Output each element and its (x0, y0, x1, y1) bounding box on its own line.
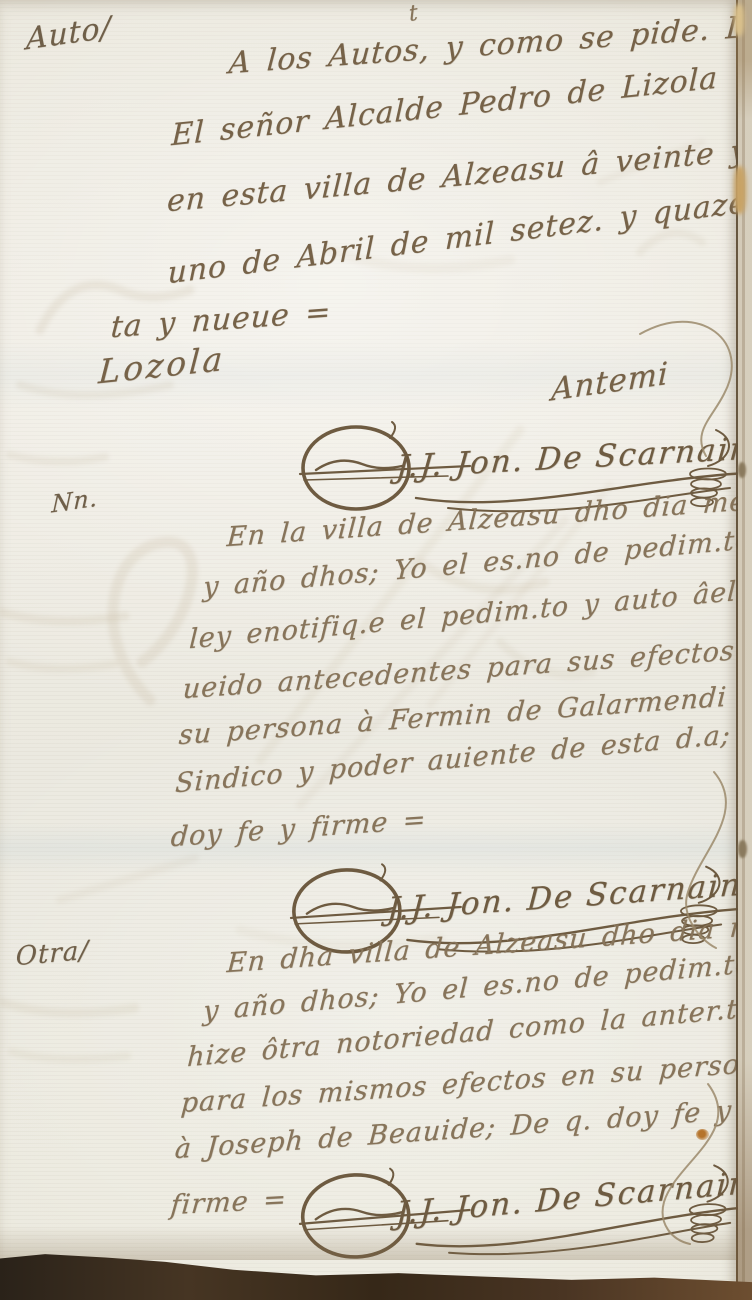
cross-invocation-mark: t (408, 0, 419, 27)
margin-note-otra: Otra/ (15, 936, 89, 973)
bottom-edge-shadow (0, 1226, 737, 1260)
manuscript-page-scan: t Auto/ Nn. Otra/ A los Autos, y como se… (0, 0, 752, 1300)
corner-discoloration (734, 4, 744, 36)
handwritten-line: firme = (169, 1184, 288, 1221)
corner-discoloration (734, 166, 746, 214)
page-edge-notch (738, 840, 747, 858)
page-edge-notch (738, 462, 746, 478)
foxing-stain (696, 1129, 709, 1140)
